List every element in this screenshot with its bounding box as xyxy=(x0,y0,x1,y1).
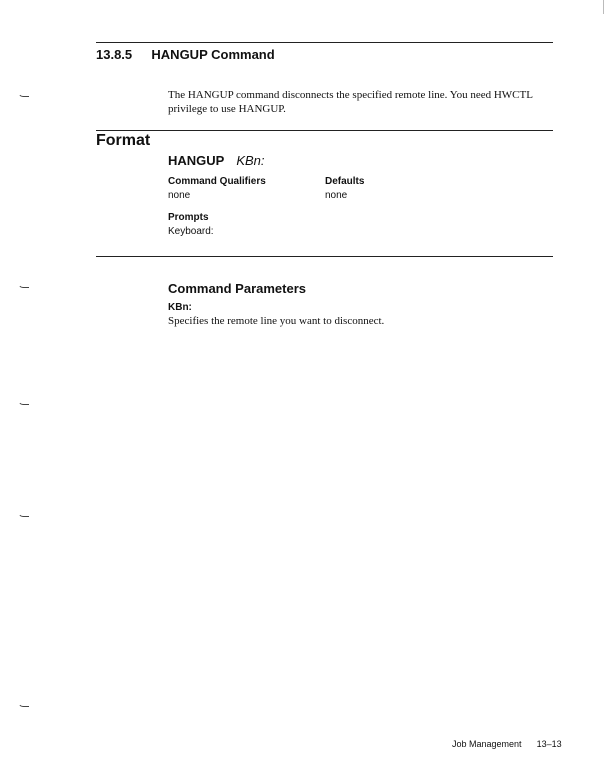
parameter-name: KBn: xyxy=(168,302,192,313)
format-heading: Format xyxy=(96,132,150,150)
defaults-value: none xyxy=(325,190,347,201)
parameters-heading: Command Parameters xyxy=(168,281,306,296)
parameter-description: Specifies the remote line you want to di… xyxy=(168,314,384,328)
command-name: HANGUP xyxy=(168,153,224,168)
margin-binding-mark xyxy=(18,283,29,288)
prompts-value: Keyboard: xyxy=(168,226,214,237)
top-rule xyxy=(96,42,553,43)
footer-chapter: Job Management xyxy=(452,739,522,749)
section-description: The HANGUP command disconnects the speci… xyxy=(168,88,558,116)
margin-binding-mark xyxy=(18,702,29,707)
section-title: HANGUP Command xyxy=(151,47,274,62)
command-parameter: KBn: xyxy=(236,153,264,168)
margin-binding-mark xyxy=(18,400,29,405)
format-rule xyxy=(96,130,553,131)
margin-binding-mark xyxy=(18,512,29,517)
section-number: 13.8.5 xyxy=(96,47,132,62)
command-syntax: HANGUPKBn: xyxy=(168,153,265,168)
qualifiers-value: none xyxy=(168,190,190,201)
margin-binding-mark xyxy=(18,92,29,97)
defaults-label: Defaults xyxy=(325,176,364,187)
format-end-rule xyxy=(96,256,553,257)
page-footer: Job Management 13–13 xyxy=(452,739,562,749)
prompts-label: Prompts xyxy=(168,212,209,223)
footer-page-number: 13–13 xyxy=(537,739,562,749)
section-heading: 13.8.5 HANGUP Command xyxy=(96,47,275,62)
qualifiers-label: Command Qualifiers xyxy=(168,176,266,187)
